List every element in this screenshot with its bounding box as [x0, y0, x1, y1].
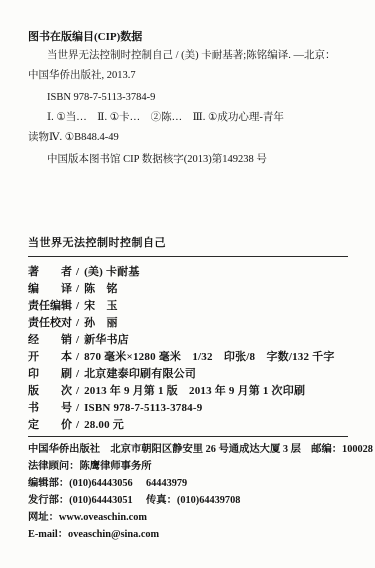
book-copyright-page: 图书在版编目(CIP)数据 当世界无法控制时控制自己 / (美) 卡耐基著;陈铭…	[0, 0, 375, 568]
entry-value: 北京建泰印刷有限公司	[84, 366, 196, 383]
entry-separator: /	[76, 400, 79, 417]
entry-responsible-editor: 责任编辑 / 宋 玉	[28, 298, 348, 315]
entry-separator: /	[76, 281, 79, 298]
entry-label: 书 号	[28, 400, 74, 417]
entry-value: 宋 玉	[84, 298, 118, 315]
legal-counsel-line: 法律顾问：陈鹰律师事务所	[28, 458, 348, 475]
cip-isbn-line: ISBN 978-7-5113-3784-9	[28, 88, 349, 108]
entry-separator: /	[76, 349, 79, 366]
entry-value: 28.00 元	[84, 417, 124, 434]
cip-description-line: 当世界无法控制时控制自己 / (美) 卡耐基著;陈铭编译. —北京：	[28, 46, 349, 66]
entry-price: 定 价 / 28.00 元	[28, 417, 348, 434]
entry-label: 定 价	[28, 417, 74, 434]
entry-edition: 版 次 / 2013 年 9 月第 1 版 2013 年 9 月第 1 次印刷	[28, 383, 348, 400]
entry-label: 版 次	[28, 383, 74, 400]
editorial-dept-phone: 编辑部：(010)64443056	[28, 475, 146, 492]
entry-printer: 印 刷 / 北京建泰印刷有限公司	[28, 366, 348, 383]
entry-format: 开 本 / 870 毫米×1280 毫米 1/32 印张/8 字数/132 千字	[28, 349, 348, 366]
entry-separator: /	[76, 264, 79, 281]
entry-value: 870 毫米×1280 毫米 1/32 印张/8 字数/132 千字	[84, 349, 335, 366]
entry-value: 新华书店	[84, 332, 129, 349]
entry-isbn: 书 号 / ISBN 978-7-5113-3784-9	[28, 400, 348, 417]
entry-author: 著 者 / (美) 卡耐基	[28, 264, 348, 281]
publisher-address-line: 中国华侨出版社 北京市朝阳区静安里 26 号通成达大厦 3 层 邮编：10002…	[28, 441, 348, 458]
colophon-block: 当世界无法控制时控制自己 著 者 / (美) 卡耐基 编 译 / 陈 铭 责任编…	[28, 236, 348, 434]
entry-value: ISBN 978-7-5113-3784-9	[84, 400, 202, 417]
entry-value: 孙 丽	[84, 315, 118, 332]
distribution-dept-row: 发行部：(010)64443051 传真：(010)64439708	[28, 492, 348, 509]
entry-value: 2013 年 9 月第 1 版 2013 年 9 月第 1 次印刷	[84, 383, 305, 400]
cip-heading: 图书在版编目(CIP)数据	[28, 28, 349, 46]
entry-separator: /	[76, 417, 79, 434]
cip-record-number-line: 中国版本图书馆 CIP 数据核字(2013)第149238 号	[28, 150, 349, 170]
email-line: E-mail：oveaschin@sina.com	[28, 526, 348, 543]
cip-classification-line-1: Ⅰ. ①当… Ⅱ. ①卡… ②陈… Ⅲ. ①成功心理-青年	[28, 108, 349, 128]
website-line: 网址：www.oveaschin.com	[28, 509, 348, 526]
distribution-dept-phone: 发行部：(010)64443051	[28, 492, 146, 509]
entry-label: 开 本	[28, 349, 74, 366]
divider-bottom	[28, 436, 348, 437]
entry-separator: /	[76, 298, 79, 315]
entry-label: 编 译	[28, 281, 74, 298]
entry-separator: /	[76, 366, 79, 383]
entry-value: (美) 卡耐基	[84, 264, 139, 281]
entry-label: 印 刷	[28, 366, 74, 383]
entry-distributor: 经 销 / 新华书店	[28, 332, 348, 349]
editorial-dept-row: 编辑部：(010)64443056 64443979	[28, 475, 348, 492]
divider-top	[28, 256, 348, 257]
entry-separator: /	[76, 315, 79, 332]
editorial-dept-phone-2: 64443979	[146, 475, 187, 492]
entry-label: 责任编辑	[28, 298, 74, 315]
entry-separator: /	[76, 332, 79, 349]
entry-label: 著 者	[28, 264, 74, 281]
entry-label: 经 销	[28, 332, 74, 349]
entry-proofreader: 责任校对 / 孙 丽	[28, 315, 348, 332]
entry-label: 责任校对	[28, 315, 74, 332]
cip-data-block: 图书在版编目(CIP)数据 当世界无法控制时控制自己 / (美) 卡耐基著;陈铭…	[28, 28, 349, 170]
colophon-entries: 著 者 / (美) 卡耐基 编 译 / 陈 铭 责任编辑 / 宋 玉 责任校对 …	[28, 264, 348, 434]
entry-separator: /	[76, 383, 79, 400]
entry-value: 陈 铭	[84, 281, 118, 298]
publisher-contact-block: 中国华侨出版社 北京市朝阳区静安里 26 号通成达大厦 3 层 邮编：10002…	[28, 436, 348, 543]
book-title: 当世界无法控制时控制自己	[28, 236, 348, 250]
cip-publisher-line: 中国华侨出版社, 2013.7	[28, 66, 349, 86]
fax-number: 传真：(010)64439708	[146, 492, 240, 509]
entry-translator: 编 译 / 陈 铭	[28, 281, 348, 298]
cip-classification-line-2: 读物Ⅳ. ①B848.4-49	[28, 128, 349, 148]
